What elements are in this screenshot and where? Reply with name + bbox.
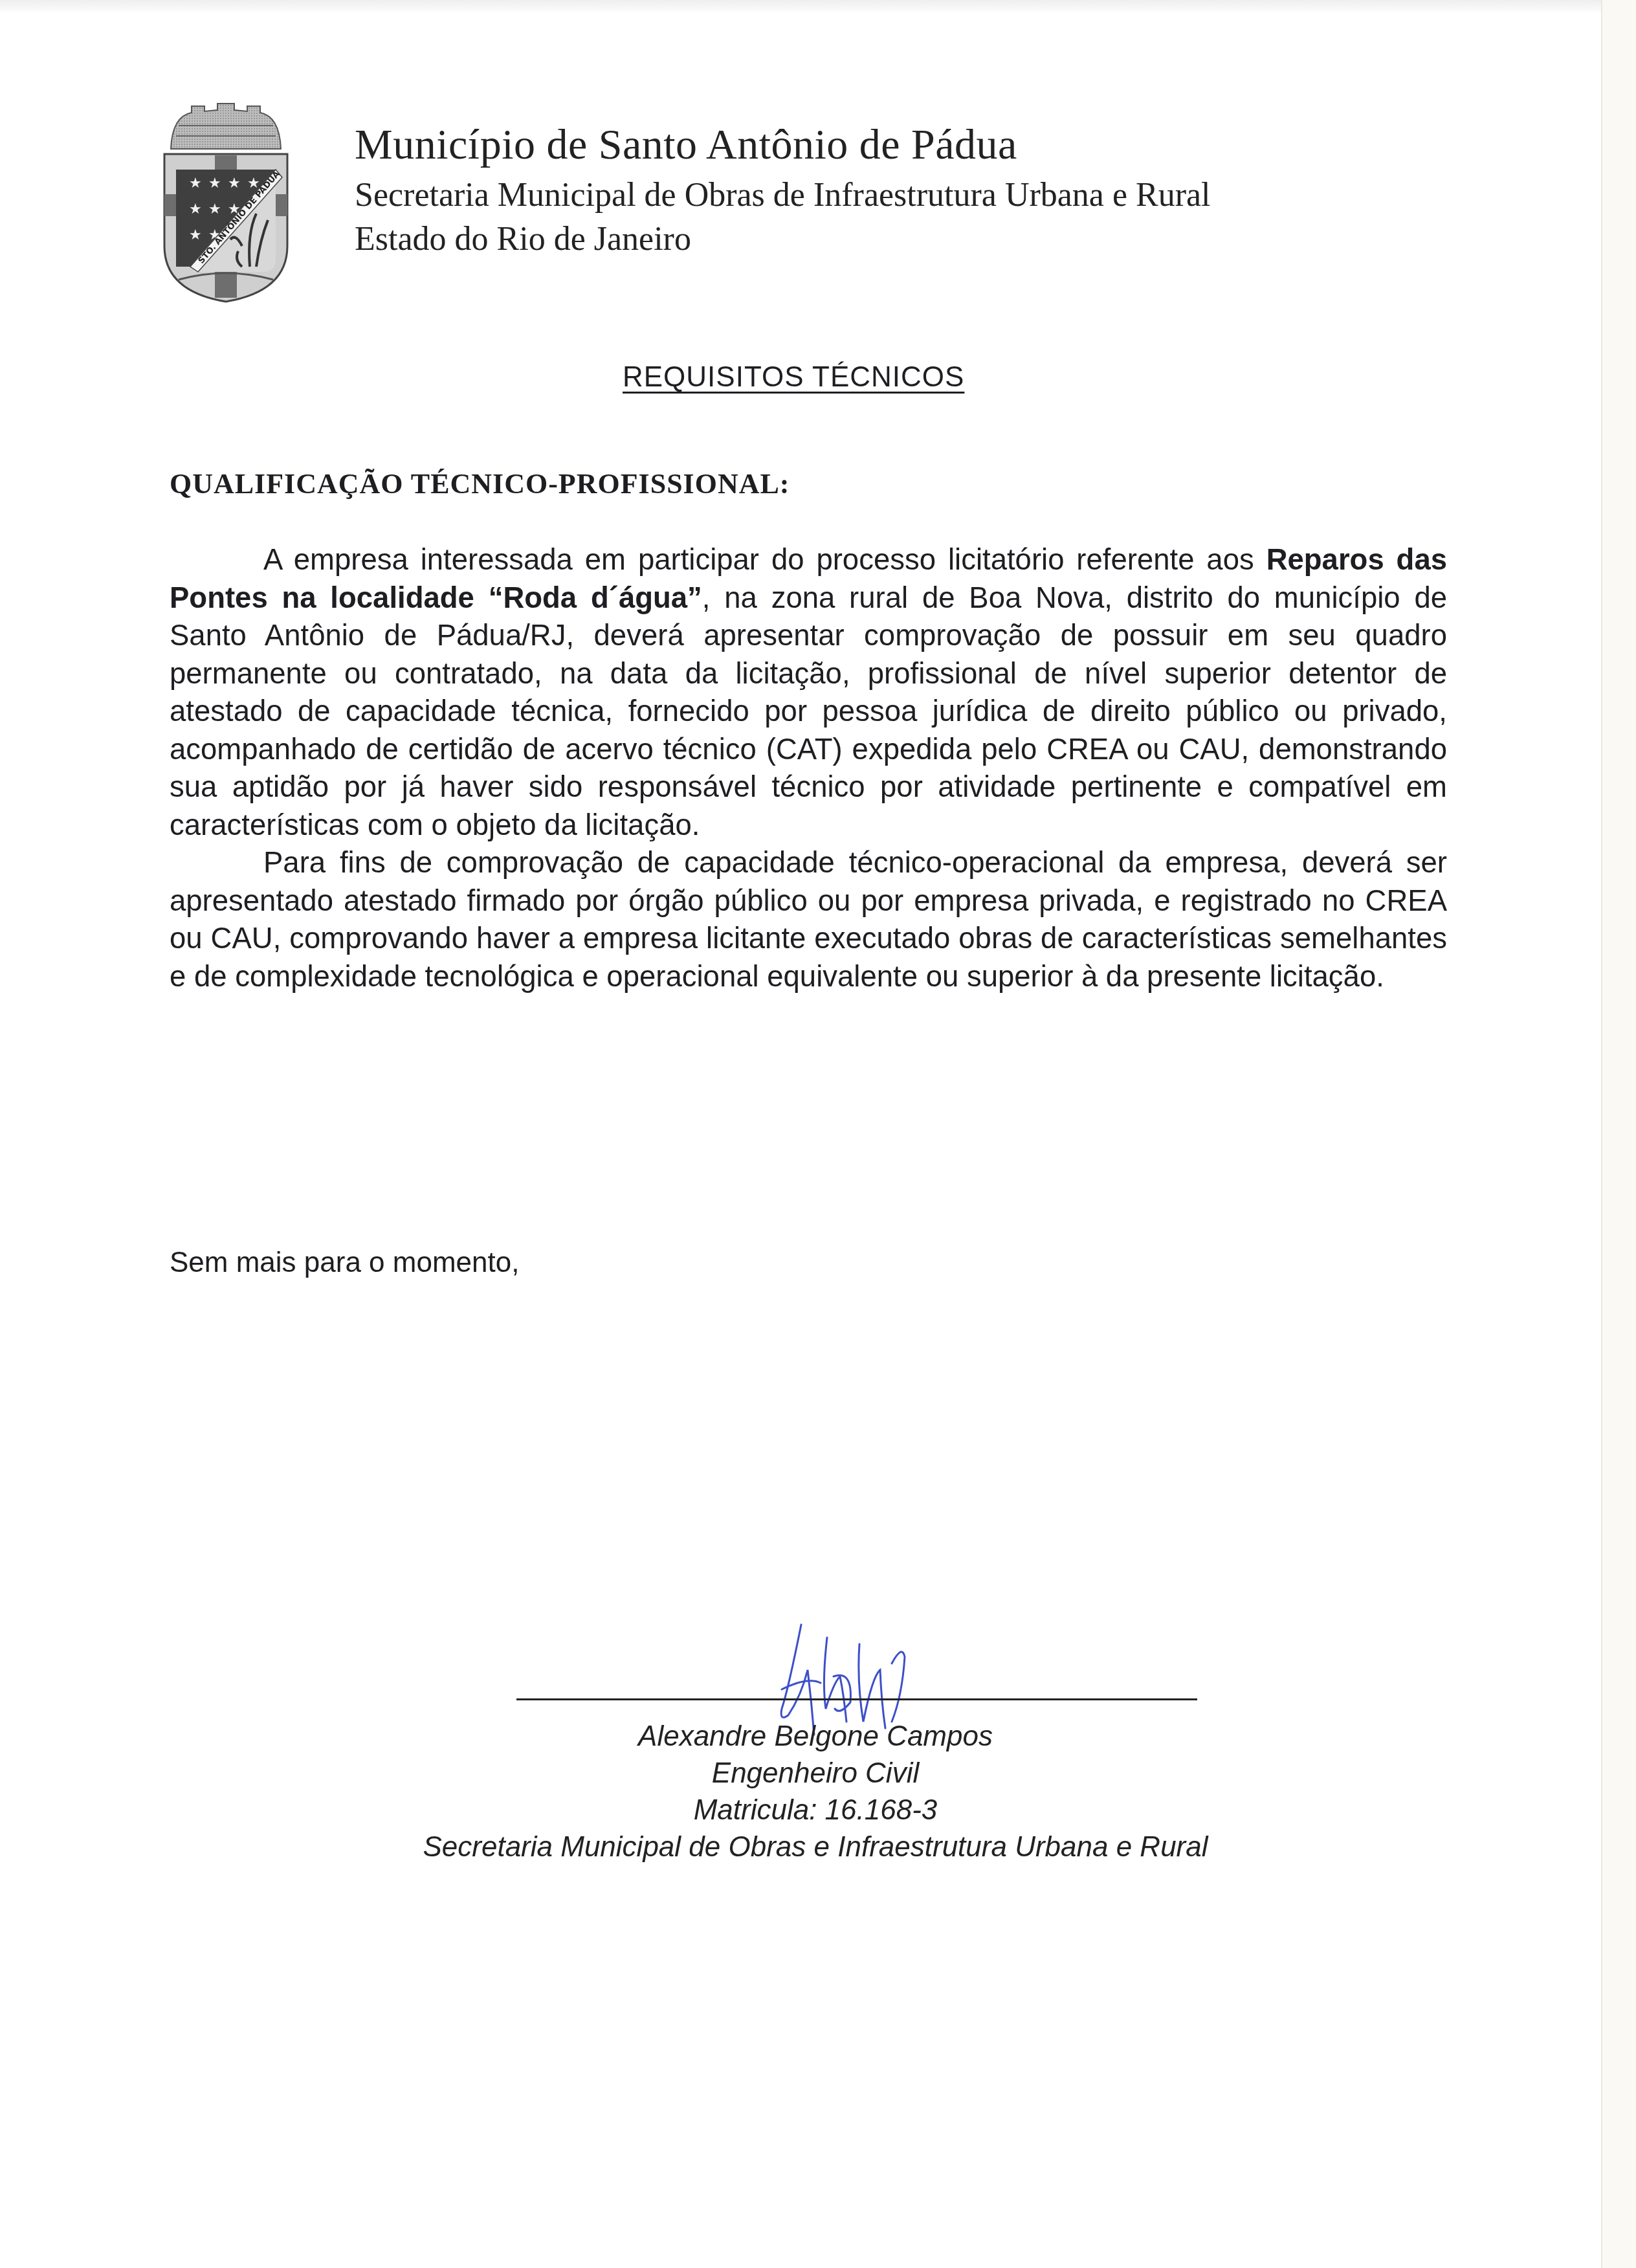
document-heading: REQUISITOS TÉCNICOS <box>623 361 964 394</box>
signature-block: Alexandre Belgone Campos Engenheiro Civi… <box>337 1718 1294 1865</box>
scan-page-edge <box>1601 0 1636 2268</box>
section-heading: QUALIFICAÇÃO TÉCNICO-PROFISSIONAL: <box>170 467 790 500</box>
svg-text:★: ★ <box>228 175 241 192</box>
scan-top-shadow <box>0 0 1602 14</box>
svg-text:★: ★ <box>189 227 202 243</box>
closing-line: Sem mais para o momento, <box>170 1247 519 1279</box>
signer-role: Engenheiro Civil <box>337 1755 1294 1792</box>
municipal-crest-icon: ★ ★ ★ ★ ★ ★ ★ ★ ★ STO. ANTÔNIO DE PÁDUA <box>153 97 299 304</box>
svg-text:★: ★ <box>208 201 221 217</box>
letterhead: Município de Santo Antônio de Pádua Secr… <box>355 117 1211 261</box>
signer-department: Secretaria Municipal de Obras e Infraest… <box>337 1829 1294 1865</box>
document-body: A empresa interessada em participar do p… <box>170 541 1447 995</box>
svg-text:★: ★ <box>189 201 202 217</box>
paragraph-professional-qualification: A empresa interessada em participar do p… <box>170 541 1447 844</box>
signer-registration: Matricula: 16.168-3 <box>337 1792 1294 1829</box>
svg-text:★: ★ <box>189 175 202 192</box>
state-name: Estado do Rio de Janeiro <box>355 217 1211 261</box>
signature-line <box>516 1698 1197 1700</box>
secretariat-name: Secretaria Municipal de Obras de Infraes… <box>355 173 1211 217</box>
paragraph-operational-capacity: Para fins de comprovação de capacidade t… <box>170 844 1447 995</box>
municipality-title: Município de Santo Antônio de Pádua <box>355 117 1211 173</box>
signer-name: Alexandre Belgone Campos <box>337 1718 1294 1755</box>
svg-text:★: ★ <box>208 175 221 192</box>
